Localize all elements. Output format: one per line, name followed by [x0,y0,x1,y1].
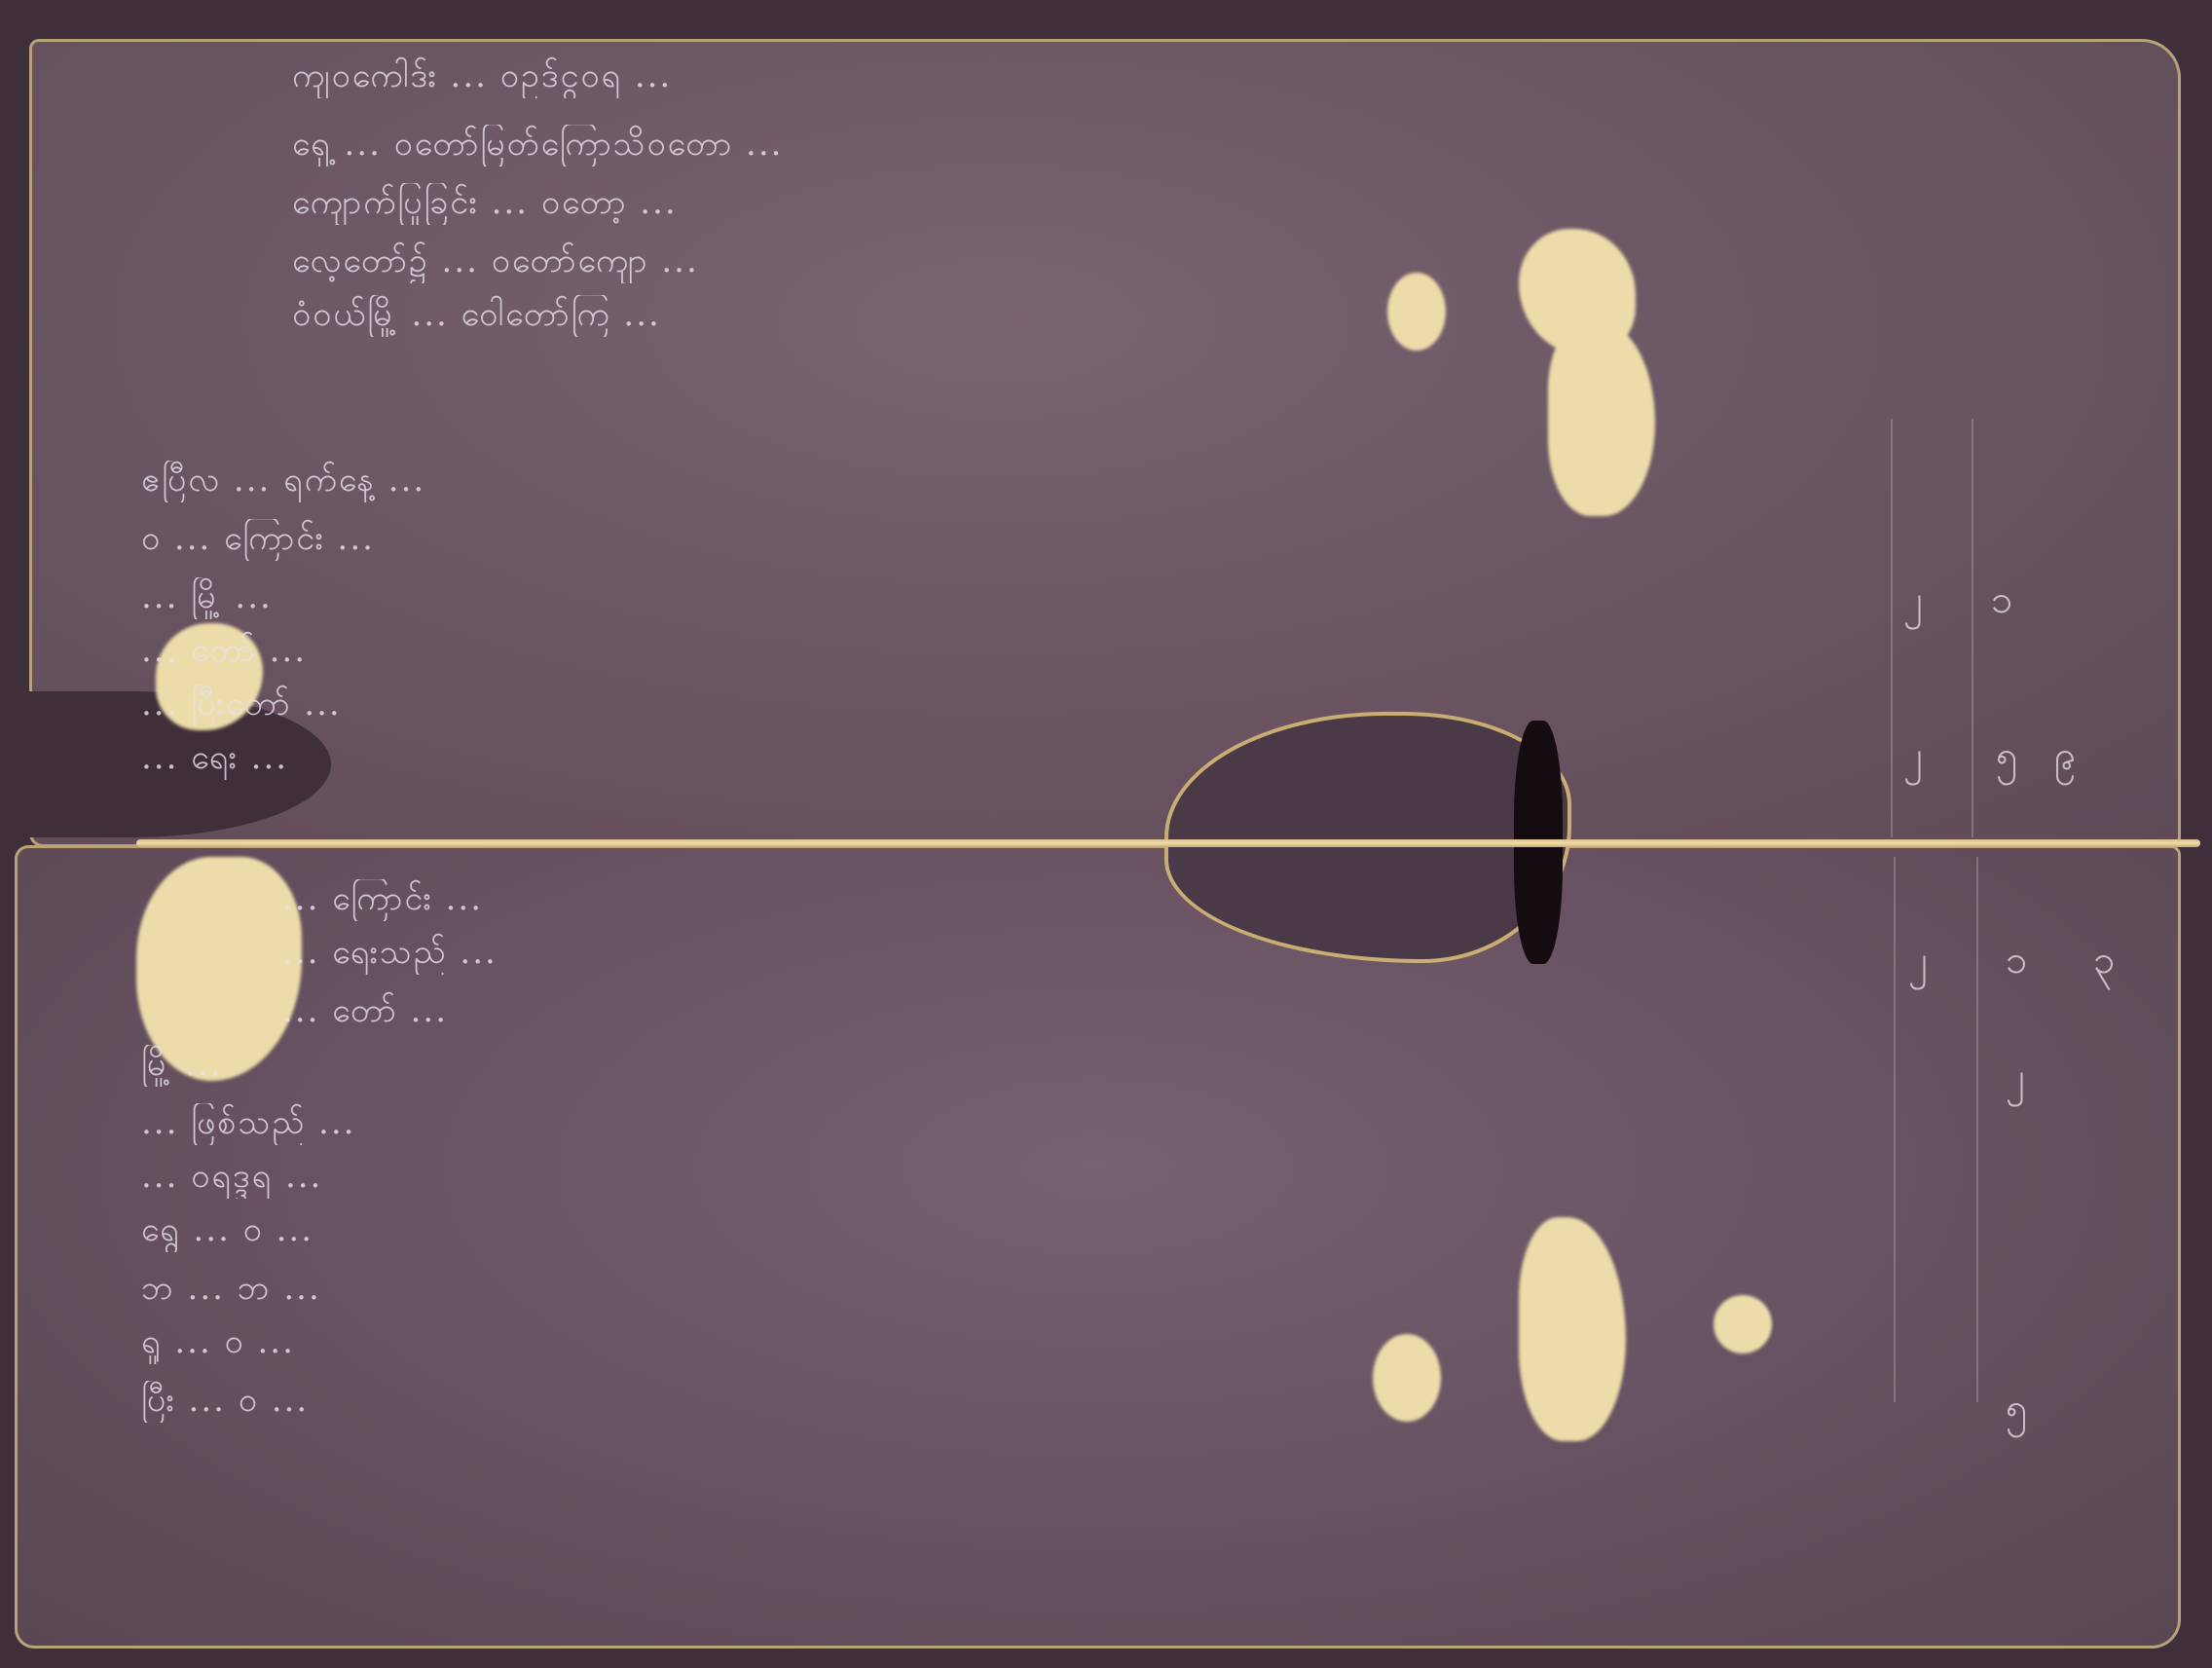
script-line: ... ရေး ... [141,735,1163,780]
margin-mark: ၅ [1996,730,2018,788]
script-line: ရှု ... ၀ ... [141,1319,1855,1364]
margin-mark: ၁ [1991,575,2013,632]
script-line: ... ရေးသည် ... [282,930,1840,975]
margin-rule [1894,857,1896,1402]
script-line: ကျောက်ပြုခြင်း ... ၀တော့ ... [292,180,2025,225]
script-line: ... ပြီးတော် ... [141,682,1894,726]
script-line: ကျ၀ကေါဒ်း ... ၀ဥဒ်င္ဂ၀ရ ... [292,54,1996,98]
script-line: ၀ံ၀ယ်မြို့ ... ဝေါတော်ကြ ... [292,292,1918,337]
margin-mark: ၃ [2093,935,2116,992]
script-line: ပြီး ... ၀ ... [141,1378,1309,1423]
script-line: လေ့တော်၌ ... ၀တော်ကျော ... [292,239,2035,283]
script-line: ရွေ ... ၀ ... [141,1207,1855,1252]
script-line: မြို့ ... [141,1042,1426,1087]
script-line: ... တော် ... [282,988,1840,1033]
margin-mark: ၉ [2054,730,2077,788]
script-line: ရှေ့ ... ၀တော်မြတ်ကြောသိ၀တော ... [292,122,2006,167]
script-line: ၀ ... ကြောင်း ... [141,516,1894,561]
margin-mark: ၂ [1903,730,1923,788]
script-line: ... မြို့ ... [141,575,1894,619]
script-line: ... ကြောင်း ... [282,876,1840,921]
margin-mark: ၂ [1908,935,1928,992]
margin-mark: ၁ [2006,935,2028,992]
fold-line [136,839,2200,847]
margin-mark: ၅ [2006,1383,2028,1440]
margin-mark: ၂ [1903,575,1923,632]
script-line: ... ဖြစ်သည် ... [141,1100,1845,1145]
margin-rule [1976,857,1978,1402]
script-line: ဧပြီလ ... ရက်နေ့ ... [141,458,1894,502]
script-line: ... တော် ... [141,628,1894,673]
margin-rule [1972,419,1973,837]
script-line: ဘ ... ဘ ... [141,1266,1855,1311]
margin-mark: ၂ [2006,1052,2025,1109]
hole-in-paper [1168,716,1567,959]
script-line: ... ၀ရဒ္ဒရ ... [141,1154,774,1199]
